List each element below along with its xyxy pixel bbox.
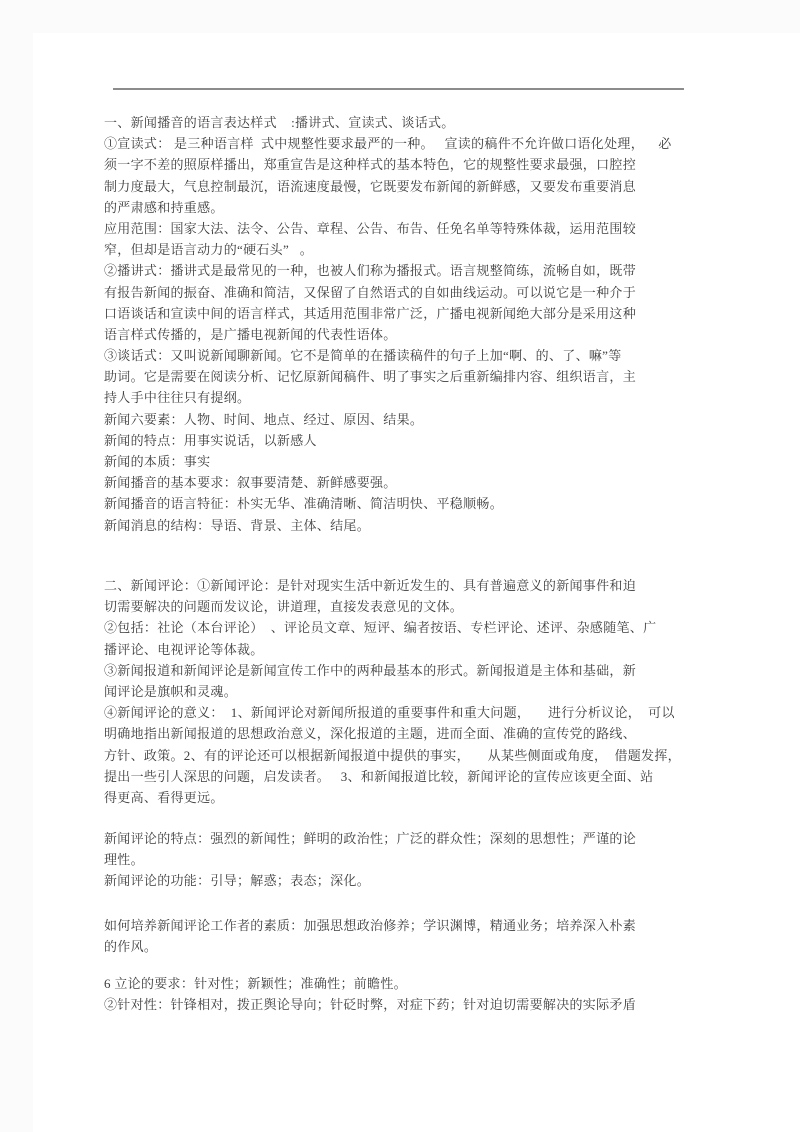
text-line: 方针、政策。2、有的评论还可以根据新闻报道中提供的事实， 从某些侧面或角度， 借… bbox=[104, 745, 704, 766]
text-line: 闻评论是旗帜和灵魂。 bbox=[104, 681, 704, 702]
text-line: 新闻播音的基本要求：叙事要清楚、新鲜感要强。 bbox=[104, 472, 704, 493]
section-news-broadcasting-styles: 一、新闻播音的语言表达样式 :播讲式、宣读式、谈话式。①宣读式： 是三种语言样 … bbox=[104, 112, 704, 536]
text-line: 的作风。 bbox=[104, 936, 704, 957]
text-line: 提出一些引人深思的问题，启发读者。 3、和新闻报道比较，新闻评论的宣传应该更全面… bbox=[104, 766, 704, 787]
text-line: ①宣读式： 是三种语言样 式中规整性要求最严的一种。 宣读的稿件不允许做口语化处… bbox=[104, 133, 704, 154]
text-line: 得更高、看得更远。 bbox=[104, 787, 704, 808]
text-line: 理性。 bbox=[104, 849, 704, 870]
text-line: 助词。它是需要在阅读分析、记忆原新闻稿件、明了事实之后重新编排内容、组织语言，主 bbox=[104, 366, 704, 387]
text-line: 新闻的特点：用事实说话，以新感人 bbox=[104, 430, 704, 451]
document-canvas: 一、新闻播音的语言表达样式 :播讲式、宣读式、谈话式。①宣读式： 是三种语言样 … bbox=[0, 0, 800, 1132]
text-line: ②针对性：针锋相对，拨正舆论导向；针砭时弊，对症下药；针对迫切需要解决的实际矛盾 bbox=[104, 994, 704, 1015]
text-line: 须一字不差的照原样播出，郑重宣告是这种样式的基本特色，它的规整性要求最强，口腔控 bbox=[104, 154, 704, 175]
text-line: 新闻的本质：事实 bbox=[104, 451, 704, 472]
text-line: 持人手中往往只有提纲。 bbox=[104, 387, 704, 408]
text-line: 播评论、电视评论等体裁。 bbox=[104, 639, 704, 660]
text-line: 6 立论的要求：针对性；新颖性；准确性；前瞻性。 bbox=[104, 973, 704, 994]
text-line: 新闻消息的结构：导语、背景、主体、结尾。 bbox=[104, 515, 704, 536]
horizontal-rule bbox=[113, 88, 684, 90]
text-line: 有报告新闻的振奋、准确和简洁，又保留了自然语式的自如曲线运动。可以说它是一种介于 bbox=[104, 282, 704, 303]
text-line: 制力度最大，气息控制最沉，语流速度最慢，它既要发布新闻的新鲜感，又要发布重要消息 bbox=[104, 176, 704, 197]
text-line: 语言样式传播的，是广播电视新闻的代表性语体。 bbox=[104, 324, 704, 345]
text-line: 的严肃感和持重感。 bbox=[104, 197, 704, 218]
text-line: ②包括：社论（本台评论） 、评论员文章、短评、编者按语、专栏评论、述评、杂感随笔… bbox=[104, 617, 704, 638]
text-line: 新闻评论的功能：引导；解惑；表态；深化。 bbox=[104, 870, 704, 891]
section-news-commentary: 二、新闻评论：①新闻评论：是针对现实生活中新近发生的、具有普遍意义的新闻事件和迫… bbox=[104, 575, 704, 808]
section-argument-requirements: 6 立论的要求：针对性；新颖性；准确性；前瞻性。②针对性：针锋相对，拨正舆论导向… bbox=[104, 973, 704, 1015]
text-line: 窄，但却是语言动力的“硬石头” 。 bbox=[104, 239, 704, 260]
text-line: ④新闻评论的意义： 1、新闻评论对新闻所报道的重要事件和重大问题， 进行分析议论… bbox=[104, 702, 704, 723]
text-line: 新闻播音的语言特征：朴实无华、准确清晰、简洁明快、平稳顺畅。 bbox=[104, 493, 704, 514]
text-line: 切需要解决的问题而发议论，讲道理，直接发表意见的文体。 bbox=[104, 596, 704, 617]
text-line: 应用范围：国家大法、法令、公告、章程、公告、布告、任免名单等特殊体裁，运用范围较 bbox=[104, 218, 704, 239]
section-commentator-qualities: 如何培养新闻评论工作者的素质：加强思想政治修养；学识渊博，精通业务；培养深入朴素… bbox=[104, 915, 704, 957]
text-line: 如何培养新闻评论工作者的素质：加强思想政治修养；学识渊博，精通业务；培养深入朴素 bbox=[104, 915, 704, 936]
section-commentary-traits-functions: 新闻评论的特点：强烈的新闻性；鲜明的政治性；广泛的群众性；深刻的思想性；严谨的论… bbox=[104, 828, 704, 892]
text-line: 口语谈话和宣读中间的语言样式，其适用范围非常广泛，广播电视新闻绝大部分是采用这种 bbox=[104, 303, 704, 324]
text-line: 二、新闻评论：①新闻评论：是针对现实生活中新近发生的、具有普遍意义的新闻事件和迫 bbox=[104, 575, 704, 596]
text-line: ③新闻报道和新闻评论是新闻宣传工作中的两种最基本的形式。新闻报道是主体和基础，新 bbox=[104, 660, 704, 681]
text-line: ③谈话式：又叫说新闻聊新闻。它不是简单的在播读稿件的句子上加“啊、的、了、嘛”等 bbox=[104, 345, 704, 366]
text-line: 新闻六要素：人物、时间、地点、经过、原因、结果。 bbox=[104, 409, 704, 430]
text-line: 一、新闻播音的语言表达样式 :播讲式、宣读式、谈话式。 bbox=[104, 112, 704, 133]
text-line: ②播讲式：播讲式是最常见的一种，也被人们称为播报式。语言规整简练，流畅自如，既带 bbox=[104, 260, 704, 281]
text-line: 新闻评论的特点：强烈的新闻性；鲜明的政治性；广泛的群众性；深刻的思想性；严谨的论 bbox=[104, 828, 704, 849]
text-line: 明确地指出新闻报道的思想政治意义，深化报道的主题，进而全面、准确的宣传党的路线、 bbox=[104, 723, 704, 744]
